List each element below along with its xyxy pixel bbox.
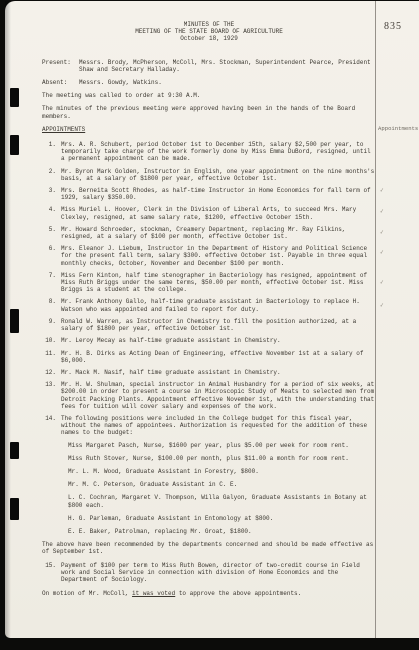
opening-paragraph: The meeting was called to order at 9:30 … <box>42 92 376 99</box>
motion-suffix: to approve the above appointments. <box>175 590 301 597</box>
minutes-item: 3. Mrs. Berneita Scott Rhodes, as half-t… <box>42 187 376 201</box>
item-number: 4. <box>42 206 56 220</box>
margin-note-appointments: Appointments <box>378 125 418 132</box>
item-text: Mr. Howard Schroeder, stockman, Creamery… <box>61 226 376 240</box>
motion-voted-text: it was voted <box>132 590 175 597</box>
minutes-item: 1. Mrs. A. R. Schubert, period October 1… <box>42 141 376 163</box>
binding-hole <box>10 135 19 155</box>
pencil-checkmark-icon: ✓ <box>379 301 384 309</box>
title-line: MEETING OF THE STATE BOARD OF AGRICULTUR… <box>42 28 376 35</box>
minutes-item: 6. Mrs. Eleanor J. Liebum, Instructor in… <box>42 245 376 267</box>
minutes-item: 7. Miss Fern Kinton, half time stenograp… <box>42 272 376 294</box>
budget-position: Mr. L. M. Wood, Graduate Assistant in Fo… <box>68 468 376 475</box>
minutes-item-15: 15. Payment of $100 per term to Miss Rut… <box>42 562 376 584</box>
minutes-item: 5. Mr. Howard Schroeder, stockman, Cream… <box>42 226 376 240</box>
title-line: October 18, 1929 <box>42 35 376 42</box>
item-number: 9. <box>42 318 56 332</box>
item-text: Miss Fern Kinton, half time stenographer… <box>61 272 376 294</box>
page-number: 835 <box>384 21 402 32</box>
item-number: 10. <box>42 337 56 344</box>
item-number: 3. <box>42 187 56 201</box>
minutes-item: 12. Mr. Mack M. Nasif, half time graduat… <box>42 369 376 376</box>
minutes-item: 9. Ronald W. Warren, as Instructor in Ch… <box>42 318 376 332</box>
present-label: Present: <box>42 59 79 73</box>
minutes-item: 8. Mr. Frank Anthony Gallo, half-time gr… <box>42 298 376 312</box>
binding-hole <box>10 88 19 107</box>
minutes-body: MINUTES OF THE MEETING OF THE STATE BOAR… <box>42 21 376 597</box>
minutes-item: 4. Miss Muriel L. Hoover, Clerk in the D… <box>42 206 376 220</box>
budget-position: Miss Margaret Pasch, Nurse, $1600 per ye… <box>68 442 376 449</box>
binding-hole <box>10 498 19 520</box>
present-names: Messrs. Brody, McPherson, McColl, Mrs. S… <box>79 59 376 73</box>
item-number: 7. <box>42 272 56 294</box>
budget-position: H. G. Parleman, Graduate Assistant in En… <box>68 515 376 522</box>
item-text: Mr. Frank Anthony Gallo, half-time gradu… <box>61 298 376 312</box>
item-text: Mrs. A. R. Schubert, period October 1st … <box>61 141 376 163</box>
item-text: Mr. H. B. Dirks as Acting Dean of Engine… <box>61 350 376 364</box>
item-number: 2. <box>42 168 56 182</box>
absent-label: Absent: <box>42 79 79 86</box>
item-number: 12. <box>42 369 56 376</box>
document-title: MINUTES OF THE MEETING OF THE STATE BOAR… <box>42 21 376 43</box>
item-text: Mr. Leroy Mecay as half-time graduate as… <box>61 337 376 344</box>
minutes-approved-paragraph: The minutes of the previous meeting were… <box>42 105 376 119</box>
scanned-page: 835 Appointments ✓ ✓ ✓ ✓ ✓ ✓ MINUTES OF … <box>0 0 419 650</box>
item-number: 15. <box>42 562 56 584</box>
binding-hole <box>10 442 19 459</box>
absent-row: Absent: Messrs. Gowdy, Watkins. <box>42 79 376 86</box>
item-text: Mr. Mack M. Nasif, half time graduate as… <box>61 369 376 376</box>
pencil-checkmark-icon: ✓ <box>379 186 384 194</box>
absent-names: Messrs. Gowdy, Watkins. <box>79 79 376 86</box>
pencil-checkmark-icon: ✓ <box>379 278 384 286</box>
item-number: 13. <box>42 381 56 410</box>
budget-position: L. C. Cochran, Margaret V. Thompson, Wil… <box>68 494 376 508</box>
item-number: 1. <box>42 141 56 163</box>
budget-position: E. E. Baker, Patrolman, replacing Mr. Gr… <box>68 528 376 535</box>
title-line: MINUTES OF THE <box>42 21 376 28</box>
minutes-item: 10. Mr. Leroy Mecay as half-time graduat… <box>42 337 376 344</box>
item-number: 14. <box>42 415 56 437</box>
item-text: Ronald W. Warren, as Instructor in Chemi… <box>61 318 376 332</box>
item-text: Miss Muriel L. Hoover, Clerk in the Divi… <box>61 206 376 220</box>
item-number: 5. <box>42 226 56 240</box>
present-row: Present: Messrs. Brody, McPherson, McCol… <box>42 59 376 73</box>
item-number: 6. <box>42 245 56 267</box>
section-heading: APPOINTMENTS <box>42 126 376 133</box>
item-text: Payment of $100 per term to Miss Ruth Bo… <box>61 562 376 584</box>
item-number: 11. <box>42 350 56 364</box>
item-text: The following positions were included in… <box>61 415 376 437</box>
minutes-item-14: 14. The following positions were include… <box>42 415 376 437</box>
binding-hole <box>10 309 19 333</box>
section-heading-text: APPOINTMENTS <box>42 126 85 133</box>
minutes-item: 11. Mr. H. B. Dirks as Acting Dean of En… <box>42 350 376 364</box>
item-text: Mrs. Eleanor J. Liebum, Instructor in th… <box>61 245 376 267</box>
minutes-item: 2. Mr. Byron Mark Golden, Instructor in … <box>42 168 376 182</box>
item-text: Mr. Byron Mark Golden, Instructor in Eng… <box>61 168 376 182</box>
motion-prefix: On motion of Mr. McColl, <box>42 590 132 597</box>
budget-position: Miss Ruth Stover, Nurse, $100.00 per mon… <box>68 455 376 462</box>
budget-position: Mr. M. C. Peterson, Graduate Assistant i… <box>68 481 376 488</box>
pencil-checkmark-icon: ✓ <box>379 228 384 236</box>
item-text: Mrs. Berneita Scott Rhodes, as half-time… <box>61 187 376 201</box>
motion-line: On motion of Mr. McColl, it was voted to… <box>42 590 376 597</box>
pencil-checkmark-icon: ✓ <box>379 248 384 256</box>
recommendation-note: The above have been recommended by the d… <box>42 541 376 555</box>
paper-sheet: 835 Appointments ✓ ✓ ✓ ✓ ✓ ✓ MINUTES OF … <box>5 1 419 638</box>
minutes-item: 13. Mr. H. W. Shulman, special instructo… <box>42 381 376 410</box>
pencil-checkmark-icon: ✓ <box>379 207 384 215</box>
item-number: 8. <box>42 298 56 312</box>
item-text: Mr. H. W. Shulman, special instructor in… <box>61 381 376 410</box>
